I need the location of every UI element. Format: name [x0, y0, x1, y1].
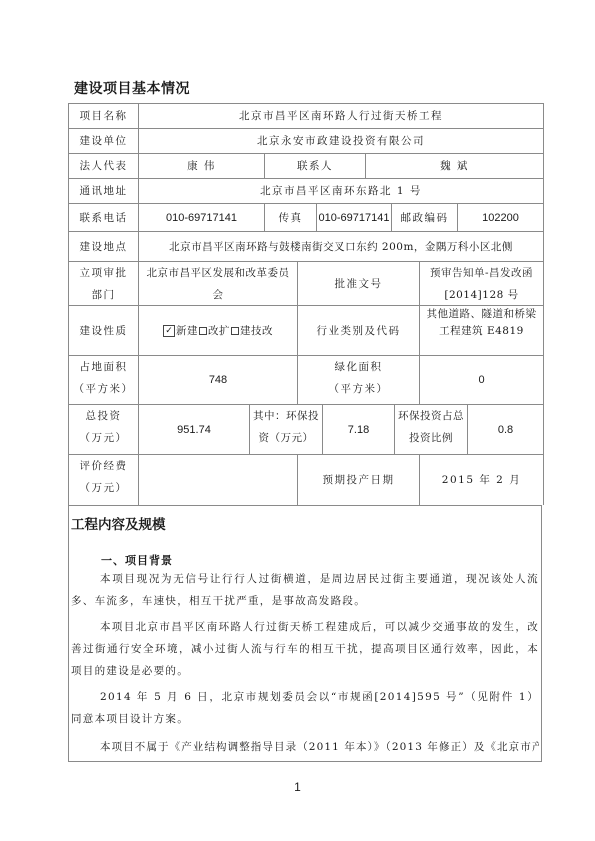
row-area: 占地面积 （平方米） 748 绿化面积 （平方米） 0 [69, 355, 543, 404]
label-contact: 联系人 [264, 154, 365, 178]
value-legal-rep: 康 伟 [138, 154, 264, 178]
checkbox-new-checked[interactable]: ✓ [163, 325, 175, 337]
paragraph-4: 本项目不属于《产业结构调整指导目录（2011 年本）》（2013 年修正）及《北… [71, 736, 539, 758]
row-builder: 建设单位 北京永安市政建设投资有限公司 [69, 128, 543, 153]
value-env-ratio: 0.8 [467, 405, 543, 454]
value-industry: 其他道路、隧道和桥梁 工程建筑 E4819 [419, 306, 543, 355]
label-phone: 联系电话 [69, 204, 138, 231]
value-area: 748 [138, 356, 297, 404]
row-investment: 总投资 （万元） 951.74 其中：环保投 资（万元） 7.18 环保投资占总… [69, 404, 543, 454]
value-phone: 010-69717141 [138, 204, 264, 231]
row-phone: 联系电话 010-69717141 传真 010-69717141 邮政编码 1… [69, 203, 543, 231]
checkbox-expand[interactable] [199, 327, 207, 335]
row-project-name: 项目名称 北京市昌平区南环路人行过街天桥工程 [69, 103, 543, 128]
label-project-name: 项目名称 [69, 104, 138, 128]
row-legal-rep: 法人代表 康 伟 联系人 魏 斌 [69, 153, 543, 178]
row-approval: 立项审批 部门 北京市昌平区发展和改革委员 会 批准文号 预审告知单-昌发改函 … [69, 261, 543, 305]
row-address: 通讯地址 北京市昌平区南环东路北 1 号 [69, 178, 543, 203]
row-nature: 建设性质 ✓新建改扩建技改 行业类别及代码 其他道路、隧道和桥梁 工程建筑 E4… [69, 305, 543, 355]
checkbox-tech[interactable] [231, 327, 239, 335]
label-fax: 传真 [264, 204, 316, 231]
value-production-date: 2015 年 2 月 [419, 455, 543, 505]
label-address: 通讯地址 [69, 179, 138, 203]
label-postal: 邮政编码 [391, 204, 457, 231]
value-env-investment: 7.18 [322, 405, 394, 454]
value-contact: 魏 斌 [365, 154, 543, 178]
label-builder: 建设单位 [69, 129, 138, 153]
project-content-section: 工程内容及规模 一、项目背景 本项目现况为无信号让行行人过街横道，是周边居民过街… [68, 505, 542, 762]
value-approval-dept: 北京市昌平区发展和改革委员 会 [138, 262, 297, 305]
value-address: 北京市昌平区南环东路北 1 号 [138, 179, 543, 203]
page-number: 1 [0, 780, 595, 794]
value-eval-cost [138, 455, 297, 505]
label-area: 占地面积 （平方米） [69, 356, 138, 404]
label-env-investment: 其中：环保投 资（万元） [249, 405, 322, 454]
label-green-area: 绿化面积 （平方米） [297, 356, 419, 404]
basic-info-table: 项目名称 北京市昌平区南环路人行过街天桥工程 建设单位 北京永安市政建设投资有限… [68, 103, 544, 505]
label-production-date: 预期投产日期 [297, 455, 419, 505]
value-green-area: 0 [419, 356, 543, 404]
value-total-investment: 951.74 [138, 405, 249, 454]
value-project-name: 北京市昌平区南环路人行过街天桥工程 [138, 104, 543, 128]
value-approval-doc: 预审告知单-昌发改函 [2014]128 号 [419, 262, 543, 305]
paragraph-3: 2014 年 5 月 6 日，北京市规划委员会以“市规函[2014]595 号”… [71, 686, 539, 730]
value-nature: ✓新建改扩建技改 [138, 306, 297, 355]
label-eval-cost: 评价经费 （万元） [69, 455, 138, 505]
label-legal-rep: 法人代表 [69, 154, 138, 178]
label-approval-doc: 批准文号 [297, 262, 419, 305]
label-total-investment: 总投资 （万元） [69, 405, 138, 454]
row-site: 建设地点 北京市昌平区南环路与鼓楼南街交叉口东约 200m，金隅万科小区北侧 [69, 231, 543, 261]
section-title: 工程内容及规模 [71, 513, 166, 533]
paragraph-2: 本项目北京市昌平区南环路人行过街天桥工程建成后，可以减少交通事故的发生，改善过街… [71, 616, 539, 682]
page-title: 建设项目基本情况 [74, 78, 190, 98]
label-nature: 建设性质 [69, 306, 138, 355]
value-builder: 北京永安市政建设投资有限公司 [138, 129, 543, 153]
value-postal: 102200 [457, 204, 543, 231]
value-site: 北京市昌平区南环路与鼓楼南街交叉口东约 200m，金隅万科小区北侧 [138, 232, 543, 261]
label-approval: 立项审批 部门 [69, 262, 138, 305]
paragraph-1: 本项目现况为无信号让行行人过街横道，是周边居民过街主要通道，现况该处人流多、车流… [71, 568, 539, 612]
label-env-ratio: 环保投资占总 投资比例 [394, 405, 467, 454]
value-fax: 010-69717141 [316, 204, 391, 231]
section-subtitle: 一、项目背景 [101, 552, 173, 568]
label-site: 建设地点 [69, 232, 138, 261]
row-eval: 评价经费 （万元） 预期投产日期 2015 年 2 月 [69, 454, 543, 505]
label-industry: 行业类别及代码 [297, 306, 419, 355]
